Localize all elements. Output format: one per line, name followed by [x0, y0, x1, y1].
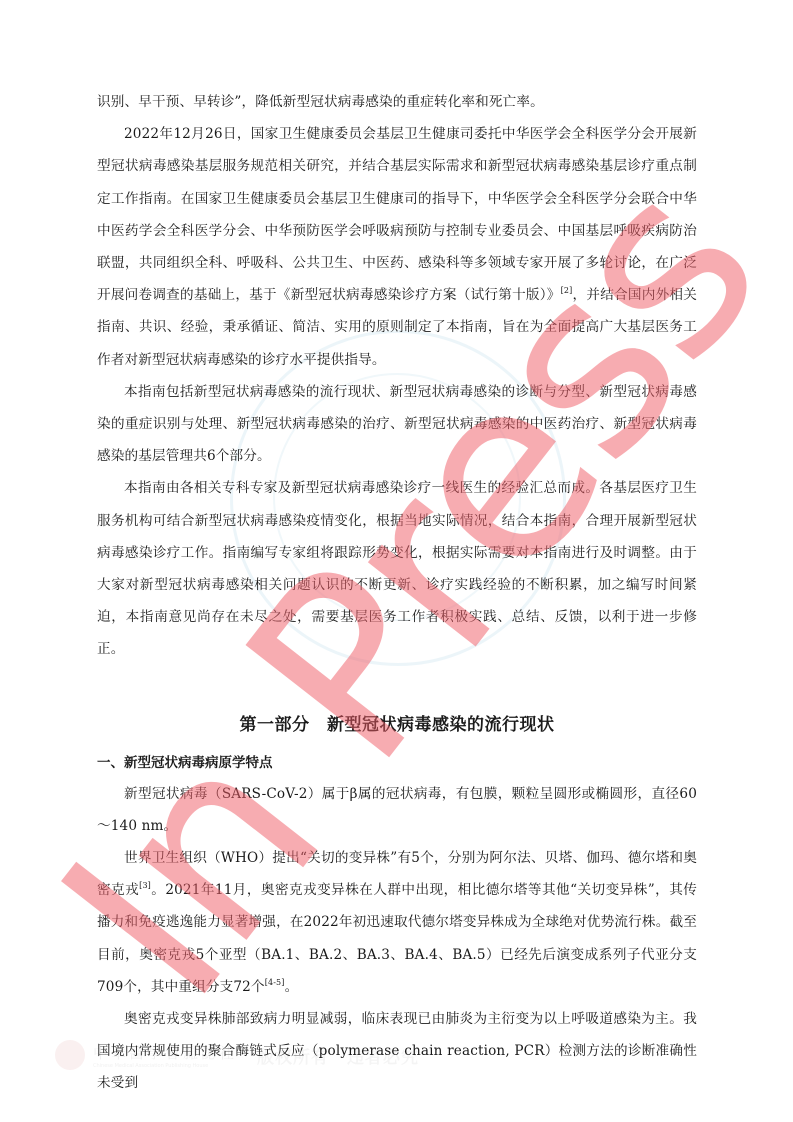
paragraph-variants: 世界卫生组织（WHO）提出“关切的变异株”有5个，分别为阿尔法、贝塔、伽玛、德尔…: [97, 842, 697, 1003]
paragraph-background-text: 2022年12月26日，国家卫生健康委员会基层卫生健康司委托中华医学会全科医学分…: [97, 126, 697, 303]
paragraph-disclaimer: 本指南由各相关专科专家及新型冠状病毒感染诊疗一线医生的经验汇总而成。各基层医疗卫…: [97, 472, 697, 665]
citation-ref-4-5[interactable]: [4-5]: [265, 978, 285, 987]
section-one-title: 一、新型冠状病毒病原学特点: [97, 748, 697, 778]
document-body: 识别、早干预、早转诊”，降低新型冠状病毒感染的重症转化率和死亡率。 2022年1…: [97, 86, 697, 1100]
paragraph-omicron-pathogenicity: 奥密克戎变异株肺部致病力明显减弱，临床表现已由肺炎为主衍变为以上呼吸道感染为主。…: [97, 1003, 697, 1100]
paragraph-variants-text-cont: 。2021年11月，奥密克戎变异株在人群中出现，相比德尔塔等其他“关切变异株”，…: [97, 882, 697, 995]
paragraph-scope: 本指南包括新型冠状病毒感染的流行现状、新型冠状病毒感染的诊断与分型、新型冠状病毒…: [97, 376, 697, 473]
paragraph-variants-end: 。: [285, 979, 299, 995]
publisher-flower-logo-icon: [55, 1040, 85, 1070]
citation-ref-3[interactable]: [3]: [139, 881, 151, 890]
citation-ref-2[interactable]: [2]: [561, 286, 573, 295]
part-one-title: 第一部分 新型冠状病毒感染的流行现状: [97, 710, 697, 740]
paragraph-virology: 新型冠状病毒（SARS-CoV-2）属于β属的冠状病毒，有包膜，颗粒呈圆形或椭圆…: [97, 778, 697, 842]
paragraph-background: 2022年12月26日，国家卫生健康委员会基层卫生健康司委托中华医学会全科医学分…: [97, 118, 697, 376]
paragraph-continuation: 识别、早干预、早转诊”，降低新型冠状病毒感染的重症转化率和死亡率。: [97, 86, 697, 118]
document-page: 识别、早干预、早转诊”，降低新型冠状病毒感染的重症转化率和死亡率。 2022年1…: [0, 0, 793, 1122]
